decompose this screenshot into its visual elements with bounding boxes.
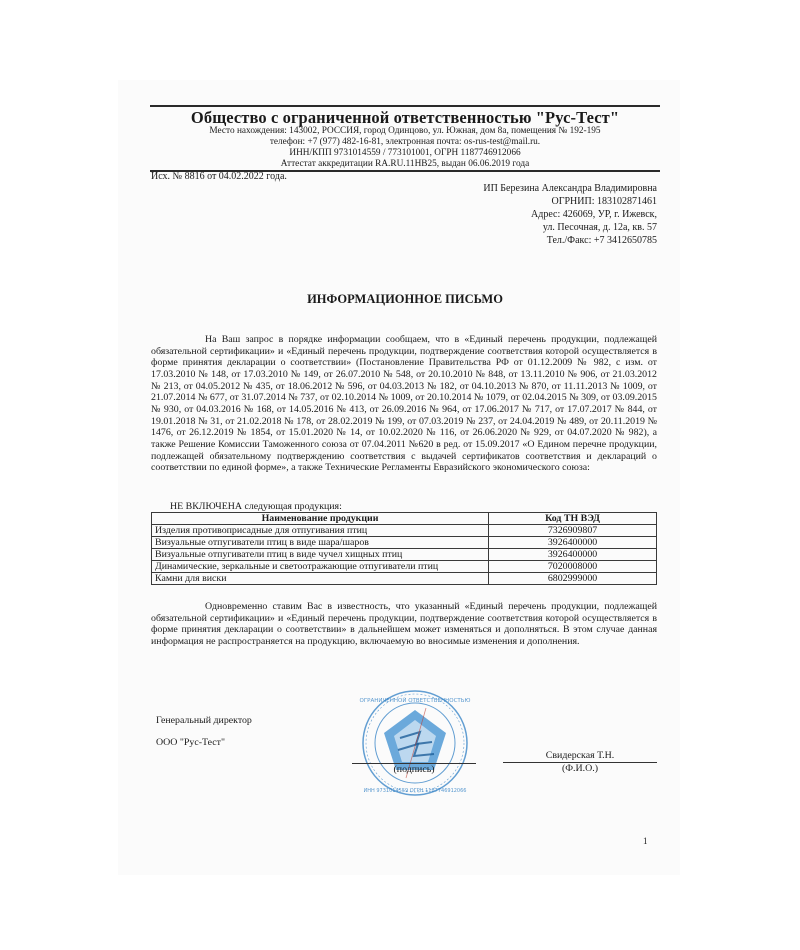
signatory-name: Свидерская Т.Н. [503,750,657,761]
svg-text:ОГРАНИЧЕННОЙ ОТВЕТСТВЕННОСТЬЮ: ОГРАНИЧЕННОЙ ОТВЕТСТВЕННОСТЬЮ [360,697,471,704]
excluded-label: НЕ ВКЛЮЧЕНА следующая продукция: [170,501,342,512]
addressee-phone: Тел./Факс: +7 3412650785 [483,234,657,247]
body-paragraph-2: Одновременно ставим Вас в известность, ч… [151,601,657,648]
table-row: Изделия противоприсадные для отпугивания… [152,525,657,537]
product-name-cell: Динамические, зеркальные и светоотражающ… [152,561,489,573]
body-paragraph-1: На Ваш запрос в порядке информации сообщ… [151,334,657,474]
product-code-cell: 3926400000 [489,537,657,549]
column-header-name: Наименование продукции [152,513,489,525]
table-row: Визуальные отпугиватели птиц в виде чуче… [152,549,657,561]
product-name-cell: Визуальные отпугиватели птиц в виде чуче… [152,549,489,561]
addressee-name: ИП Березина Александра Владимировна [483,182,657,195]
company-inn: ИНН/КПП 9731014559 / 773101001, ОГРН 118… [150,148,660,159]
name-caption: (Ф.И.О.) [503,763,657,774]
table-row: Визуальные отпугиватели птиц в виде шара… [152,537,657,549]
product-code-cell: 6802999000 [489,573,657,585]
addressee-ogrnip: ОГРНИП: 183102871461 [483,195,657,208]
table-row: Динамические, зеркальные и светоотражающ… [152,561,657,573]
letter-title: ИНФОРМАЦИОННОЕ ПИСЬМО [150,292,660,307]
company-stamp: ОГРАНИЧЕННОЙ ОТВЕТСТВЕННОСТЬЮ ИНН 973101… [354,688,476,798]
company-address: Место нахождения: 143002, РОССИЯ, город … [150,126,660,137]
products-table: Наименование продукции Код ТН ВЭД Издели… [151,512,657,585]
page-number: 1 [643,836,648,846]
stamp-seal-icon: ОГРАНИЧЕННОЙ ОТВЕТСТВЕННОСТЬЮ ИНН 973101… [354,688,476,798]
company-accreditation: Аттестат аккредитации RA.RU.11НВ25, выда… [150,159,660,170]
addressee-address: Адрес: 426069, УР, г. Ижевск, [483,208,657,221]
column-header-code: Код ТН ВЭД [489,513,657,525]
addressee-block: ИП Березина Александра Владимировна ОГРН… [483,182,657,247]
signatory-position: Генеральный директор [156,715,252,726]
signatory-organization: ООО "Рус-Тест" [156,737,225,748]
product-code-cell: 7326909807 [489,525,657,537]
product-name-cell: Камни для виски [152,573,489,585]
addressee-street: ул. Песочная, д. 12а, кв. 57 [483,221,657,234]
product-name-cell: Изделия противоприсадные для отпугивания… [152,525,489,537]
product-code-cell: 3926400000 [489,549,657,561]
table-header-row: Наименование продукции Код ТН ВЭД [152,513,657,525]
table-row: Камни для виски6802999000 [152,573,657,585]
header-top-rule [150,105,660,107]
signature-caption: (подпись) [352,764,476,775]
svg-text:ИНН 9731014559 ОГРН 1187746912: ИНН 9731014559 ОГРН 1187746912066 [364,788,467,794]
company-name: Общество с ограниченной ответственностью… [150,108,660,128]
product-code-cell: 7020008000 [489,561,657,573]
company-contacts: телефон: +7 (977) 482-16-81, электронная… [150,137,660,148]
product-name-cell: Визуальные отпугиватели птиц в виде шара… [152,537,489,549]
outgoing-reference: Исх. № 8816 от 04.02.2022 года. [151,171,287,182]
